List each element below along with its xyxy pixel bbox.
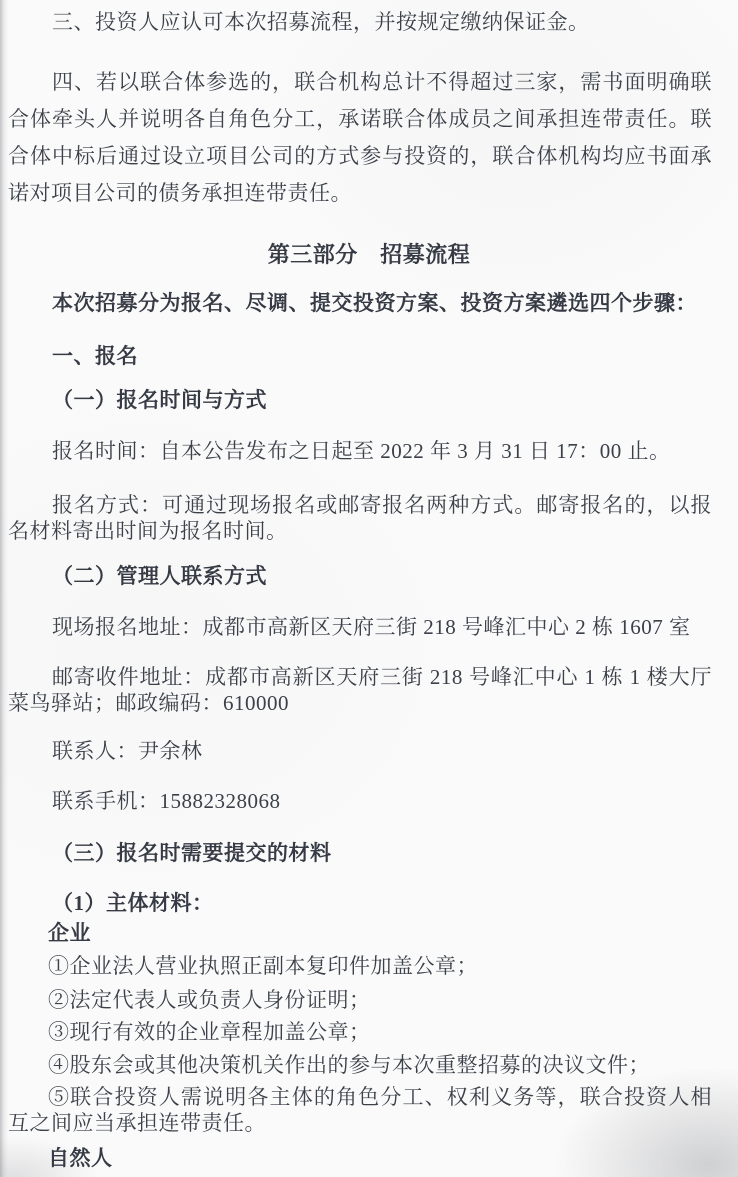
label-natural-person: 自然人 bbox=[8, 1144, 712, 1172]
heading-submission-materials: （三）报名时需要提交的材料 bbox=[8, 839, 712, 867]
heading-subject-materials: （1）主体材料： bbox=[8, 889, 712, 917]
list-item-3: ③现行有效的企业章程加盖公章； bbox=[8, 1019, 712, 1045]
paragraph-contact-person: 联系人：尹余林 bbox=[8, 737, 712, 765]
paragraph-mailing-address: 邮寄收件地址：成都市高新区天府三街 218 号峰汇中心 1 栋 1 楼大厅菜鸟驿… bbox=[8, 664, 712, 716]
paragraph-onsite-address: 现场报名地址：成都市高新区天府三街 218 号峰汇中心 2 栋 1607 室 bbox=[8, 613, 712, 641]
paragraph-rule-4: 四、若以联合体参选的，联合机构总计不得超过三家，需书面明确联合体牵头人并说明各自… bbox=[8, 64, 712, 212]
heading-registration: 一、报名 bbox=[8, 342, 712, 370]
heading-registration-time-method: （一）报名时间与方式 bbox=[8, 386, 712, 414]
heading-manager-contact: （二）管理人联系方式 bbox=[8, 562, 712, 590]
list-item-2: ②法定代表人或负责人身份证明； bbox=[8, 987, 712, 1013]
document-page: 三、投资人应认可本次招募流程，并按规定缴纳保证金。 四、若以联合体参选的，联合机… bbox=[0, 0, 738, 1177]
section-heading-part3: 第三部分 招募流程 bbox=[0, 241, 738, 269]
paragraph-process-steps: 本次招募分为报名、尽调、提交投资方案、投资方案遴选四个步骤： bbox=[8, 289, 712, 317]
paragraph-contact-phone: 联系手机：15882328068 bbox=[8, 787, 712, 815]
label-enterprise: 企业 bbox=[8, 919, 712, 947]
paragraph-registration-time: 报名时间：自本公告发布之日起至 2022 年 3 月 31 日 17：00 止。 bbox=[8, 437, 712, 465]
paragraph-rule-3: 三、投资人应认可本次招募流程，并按规定缴纳保证金。 bbox=[8, 8, 712, 36]
paragraph-registration-method: 报名方式：可通过现场报名或邮寄报名两种方式。邮寄报名的，以报名材料寄出时间为报名… bbox=[8, 492, 712, 544]
list-item-1: ①企业法人营业执照正副本复印件加盖公章； bbox=[8, 953, 712, 979]
list-item-5: ⑤联合投资人需说明各主体的角色分工、权利义务等，联合投资人相互之间应当承担连带责… bbox=[8, 1084, 712, 1136]
list-item-4: ④股东会或其他决策机关作出的参与本次重整招募的决议文件； bbox=[8, 1052, 712, 1078]
